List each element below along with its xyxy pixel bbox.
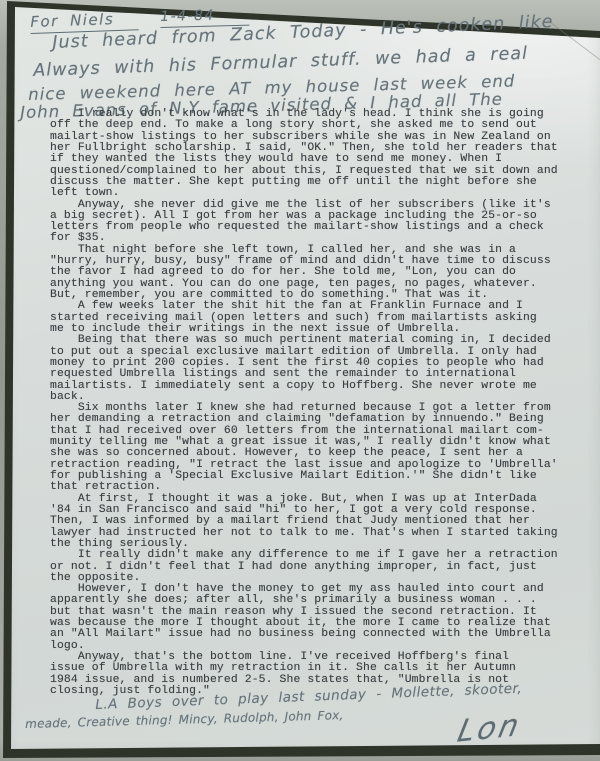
photo-background: For Niels 1-4-84 Just heard from Zack To… xyxy=(0,0,600,761)
typed-letter-body: I really don't know what's in the lady's… xyxy=(50,109,558,697)
handwritten-signature: Lon xyxy=(454,707,524,750)
